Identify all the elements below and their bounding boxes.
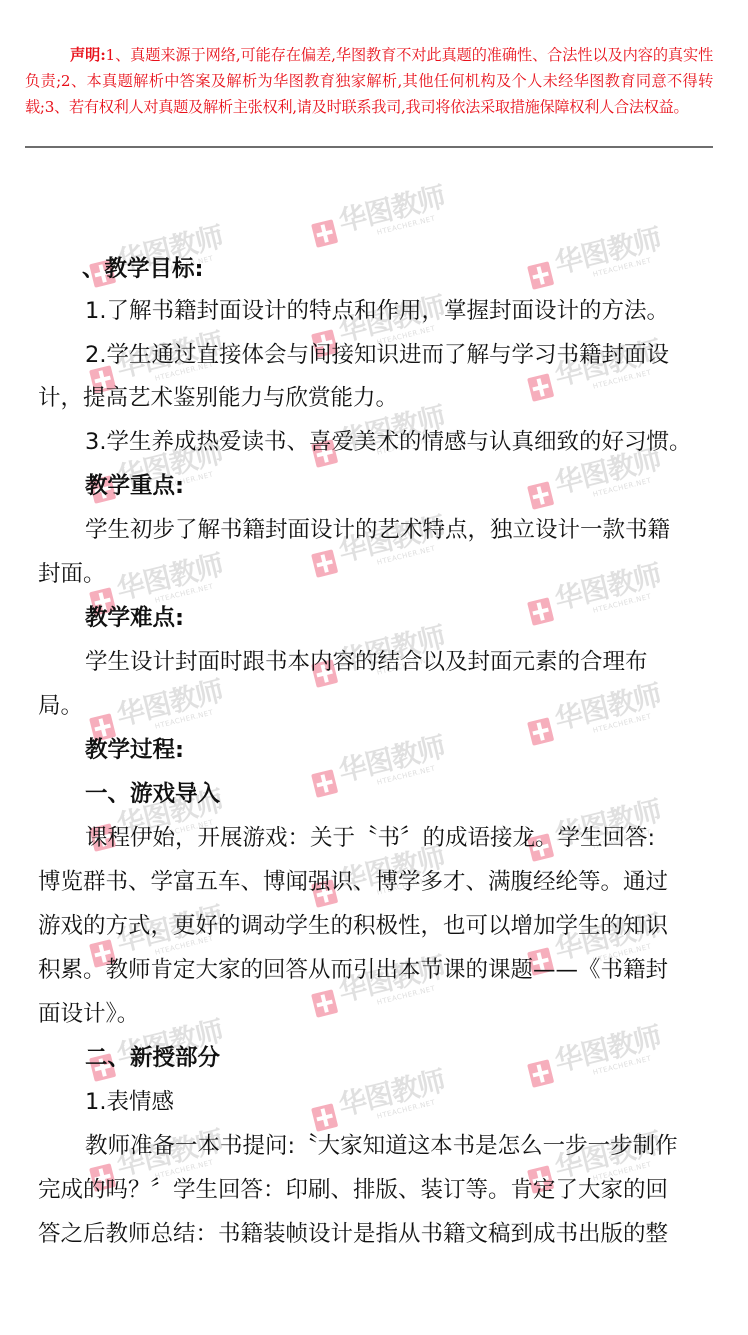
- paragraph-line: 课程伊始，开展游戏：关于〝书〞的成语接龙。学生回答:: [85, 823, 655, 853]
- section-heading: 教学过程:: [85, 735, 184, 765]
- paragraph-line: 游戏的方式，更好的调动学生的积极性，也可以增加学生的知识: [38, 911, 668, 941]
- section-heading: 教学重点:: [85, 471, 184, 501]
- paragraph-line: 1.表情感: [85, 1087, 174, 1117]
- watermark: 华图教师HTEACHER.NET: [309, 729, 466, 810]
- watermark-logo-icon: [311, 1103, 338, 1132]
- watermark-logo-icon: [311, 219, 338, 248]
- watermark-logo-icon: [311, 769, 338, 798]
- watermark: 华图教师HTEACHER.NET: [309, 179, 466, 260]
- paragraph-line: 博览群书、学富五车、博闻强识、博学多才、满腹经纶等。通过: [38, 867, 668, 897]
- paragraph-line: 局。: [38, 691, 83, 721]
- watermark: 华图教师HTEACHER.NET: [525, 557, 682, 638]
- section-heading: 一、游戏导入: [85, 779, 220, 809]
- watermark-logo-icon: [527, 481, 554, 510]
- watermark: 华图教师HTEACHER.NET: [525, 677, 682, 758]
- watermark-logo-icon: [527, 261, 554, 290]
- copyright-declaration: 声明:1、真题来源于网络,可能存在偏差,华图教育不对此真题的准确性、合法性以及内…: [25, 42, 713, 120]
- paragraph-line: 教师准备一本书提问:〝大家知道这本书是怎么一步一步制作: [85, 1131, 678, 1161]
- watermark-logo-icon: [527, 597, 554, 626]
- paragraph-line: 答之后教师总结：书籍装帧设计是指从书籍文稿到成书出版的整: [38, 1219, 668, 1249]
- watermark: 华图教师HTEACHER.NET: [525, 221, 682, 302]
- paragraph-line: 2.学生通过直接体会与间接知识进而了解与学习书籍封面设: [85, 340, 669, 370]
- declaration-label: 声明:: [70, 46, 106, 64]
- watermark-logo-icon: [311, 549, 338, 578]
- header-separator: [25, 146, 713, 148]
- watermark-logo-icon: [527, 373, 554, 402]
- paragraph-line: 封面。: [38, 559, 106, 589]
- paragraph-line: 积累。教师肯定大家的回答从而引出本节课的课题——《书籍封: [38, 955, 668, 985]
- paragraph-line: 计，提高艺术鉴别能力与欣赏能力。: [38, 383, 398, 413]
- paragraph-line: 完成的吗？〞学生回答：印刷、排版、装订等。肯定了大家的回: [38, 1175, 668, 1205]
- section-heading: 教学难点:: [85, 603, 184, 633]
- paragraph-line: 学生初步了解书籍封面设计的艺术特点，独立设计一款书籍: [85, 515, 670, 545]
- declaration-text: 1、真题来源于网络,可能存在偏差,华图教育不对此真题的准确性、合法性以及内容的真…: [25, 46, 713, 116]
- paragraph-line: 学生设计封面时跟书本内容的结合以及封面元素的合理布: [85, 647, 648, 677]
- paragraph-line: 3.学生养成热爱读书、喜爱美术的情感与认真细致的好习惯。: [85, 427, 691, 457]
- watermark-logo-icon: [527, 717, 554, 746]
- section-heading: 、教学目标:: [82, 254, 204, 284]
- paragraph-line: 面设计》。: [38, 999, 139, 1029]
- watermark: 华图教师HTEACHER.NET: [525, 1019, 682, 1100]
- paragraph-line: 1.了解书籍封面设计的特点和作用，掌握封面设计的方法。: [85, 296, 669, 326]
- section-heading: 二、新授部分: [85, 1043, 220, 1073]
- watermark-logo-icon: [527, 1059, 554, 1088]
- watermark-logo-icon: [311, 989, 338, 1018]
